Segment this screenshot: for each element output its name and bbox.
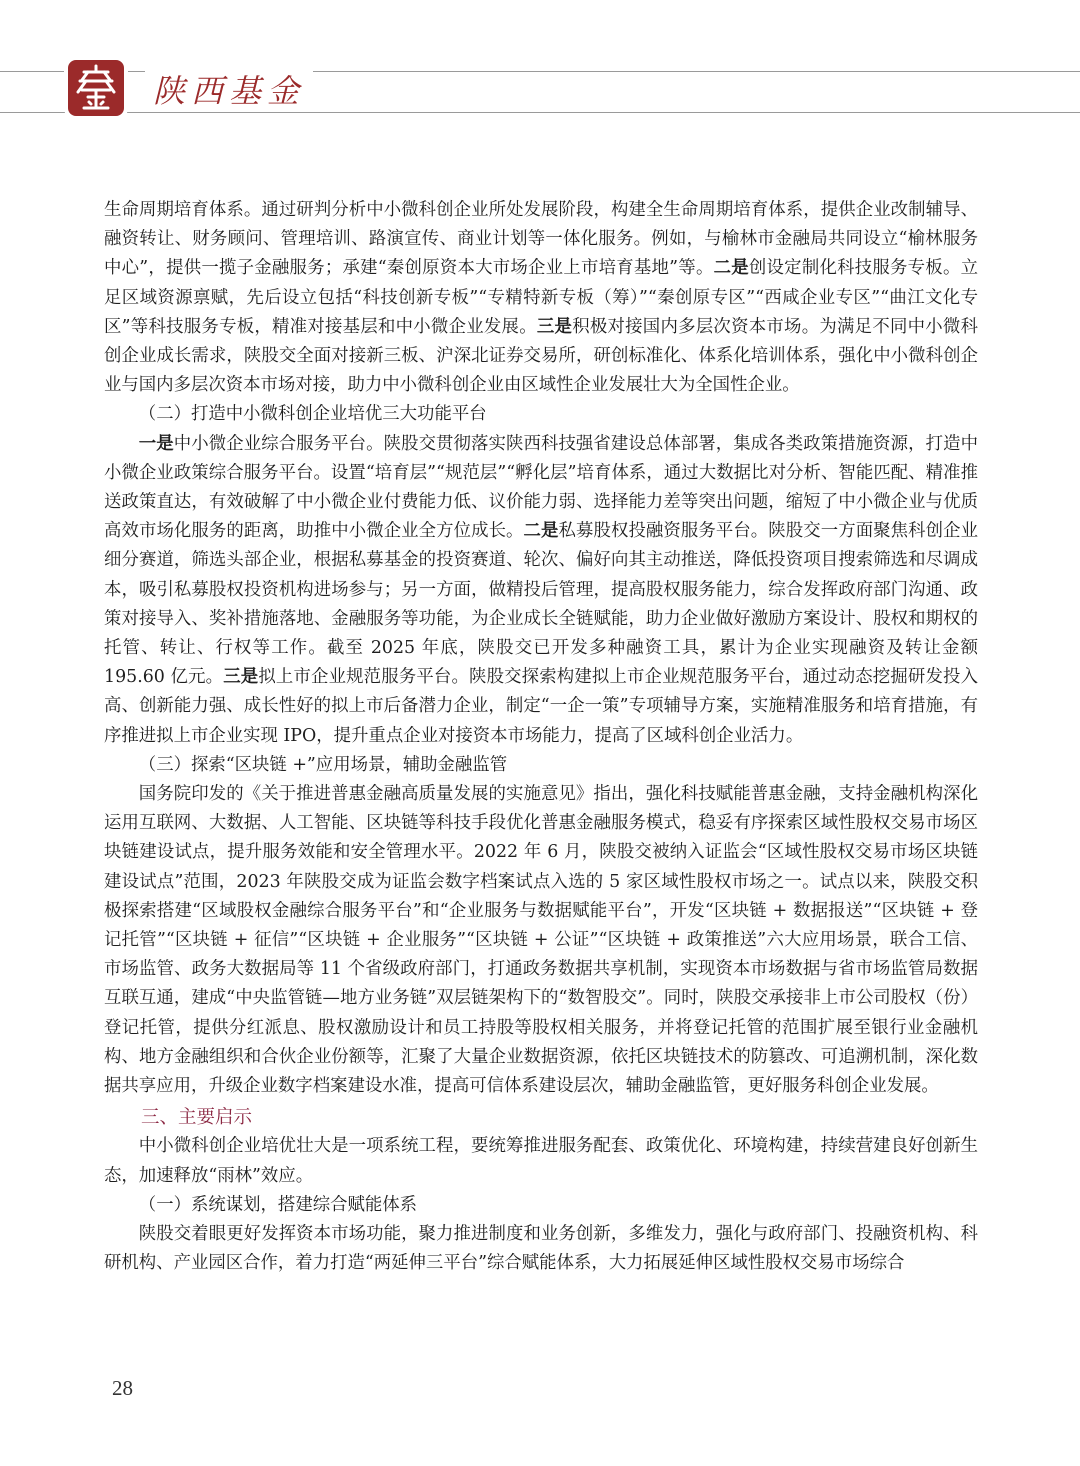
brand-title: 陕西基金 xyxy=(145,70,313,112)
section-heading: 三、主要启示 xyxy=(104,1103,978,1132)
paragraph-2: 一是中小微企业综合服务平台。陕股交贯彻落实陕西科技强省建设总体部署，集成各类政策… xyxy=(104,430,978,751)
header-rule-bottom xyxy=(0,112,1080,113)
logo xyxy=(68,60,124,116)
article-body: 生命周期培育体系。通过研判分析中小微科创企业所处发展阶段，构建全生命周期培育体系… xyxy=(104,196,978,1278)
subheading-4: （一）系统谋划，搭建综合赋能体系 xyxy=(104,1191,978,1220)
paragraph-5: 陕股交着眼更好发挥资本市场功能，聚力推进制度和业务创新，多维发力，强化与政府部门… xyxy=(104,1220,978,1278)
paragraph-3: 国务院印发的《关于推进普惠金融高质量发展的实施意见》指出，强化科技赋能普惠金融，… xyxy=(104,780,978,1101)
text: 私募股权投融资服务平台。陕股交一方面聚焦科创企业细分赛道，筛选头部企业，根据私募… xyxy=(104,521,978,687)
keyword-third: 三是 xyxy=(537,317,572,337)
paragraph-4: 中小微科创企业培优壮大是一项系统工程，要统筹推进服务配套、政策优化、环境构建，持… xyxy=(104,1132,978,1190)
tower-seal-icon xyxy=(74,64,118,112)
keyword-second: 二是 xyxy=(524,521,559,541)
keyword-first: 一是 xyxy=(139,434,174,454)
keyword-third: 三是 xyxy=(223,667,258,687)
paragraph-1: 生命周期培育体系。通过研判分析中小微科创企业所处发展阶段，构建全生命周期培育体系… xyxy=(104,196,978,400)
subheading-2: （二）打造中小微科创企业培优三大功能平台 xyxy=(104,400,978,429)
subheading-3: （三）探索“区块链 +”应用场景，辅助金融监管 xyxy=(104,751,978,780)
keyword-second: 二是 xyxy=(714,258,749,278)
page-number: 28 xyxy=(112,1376,133,1401)
